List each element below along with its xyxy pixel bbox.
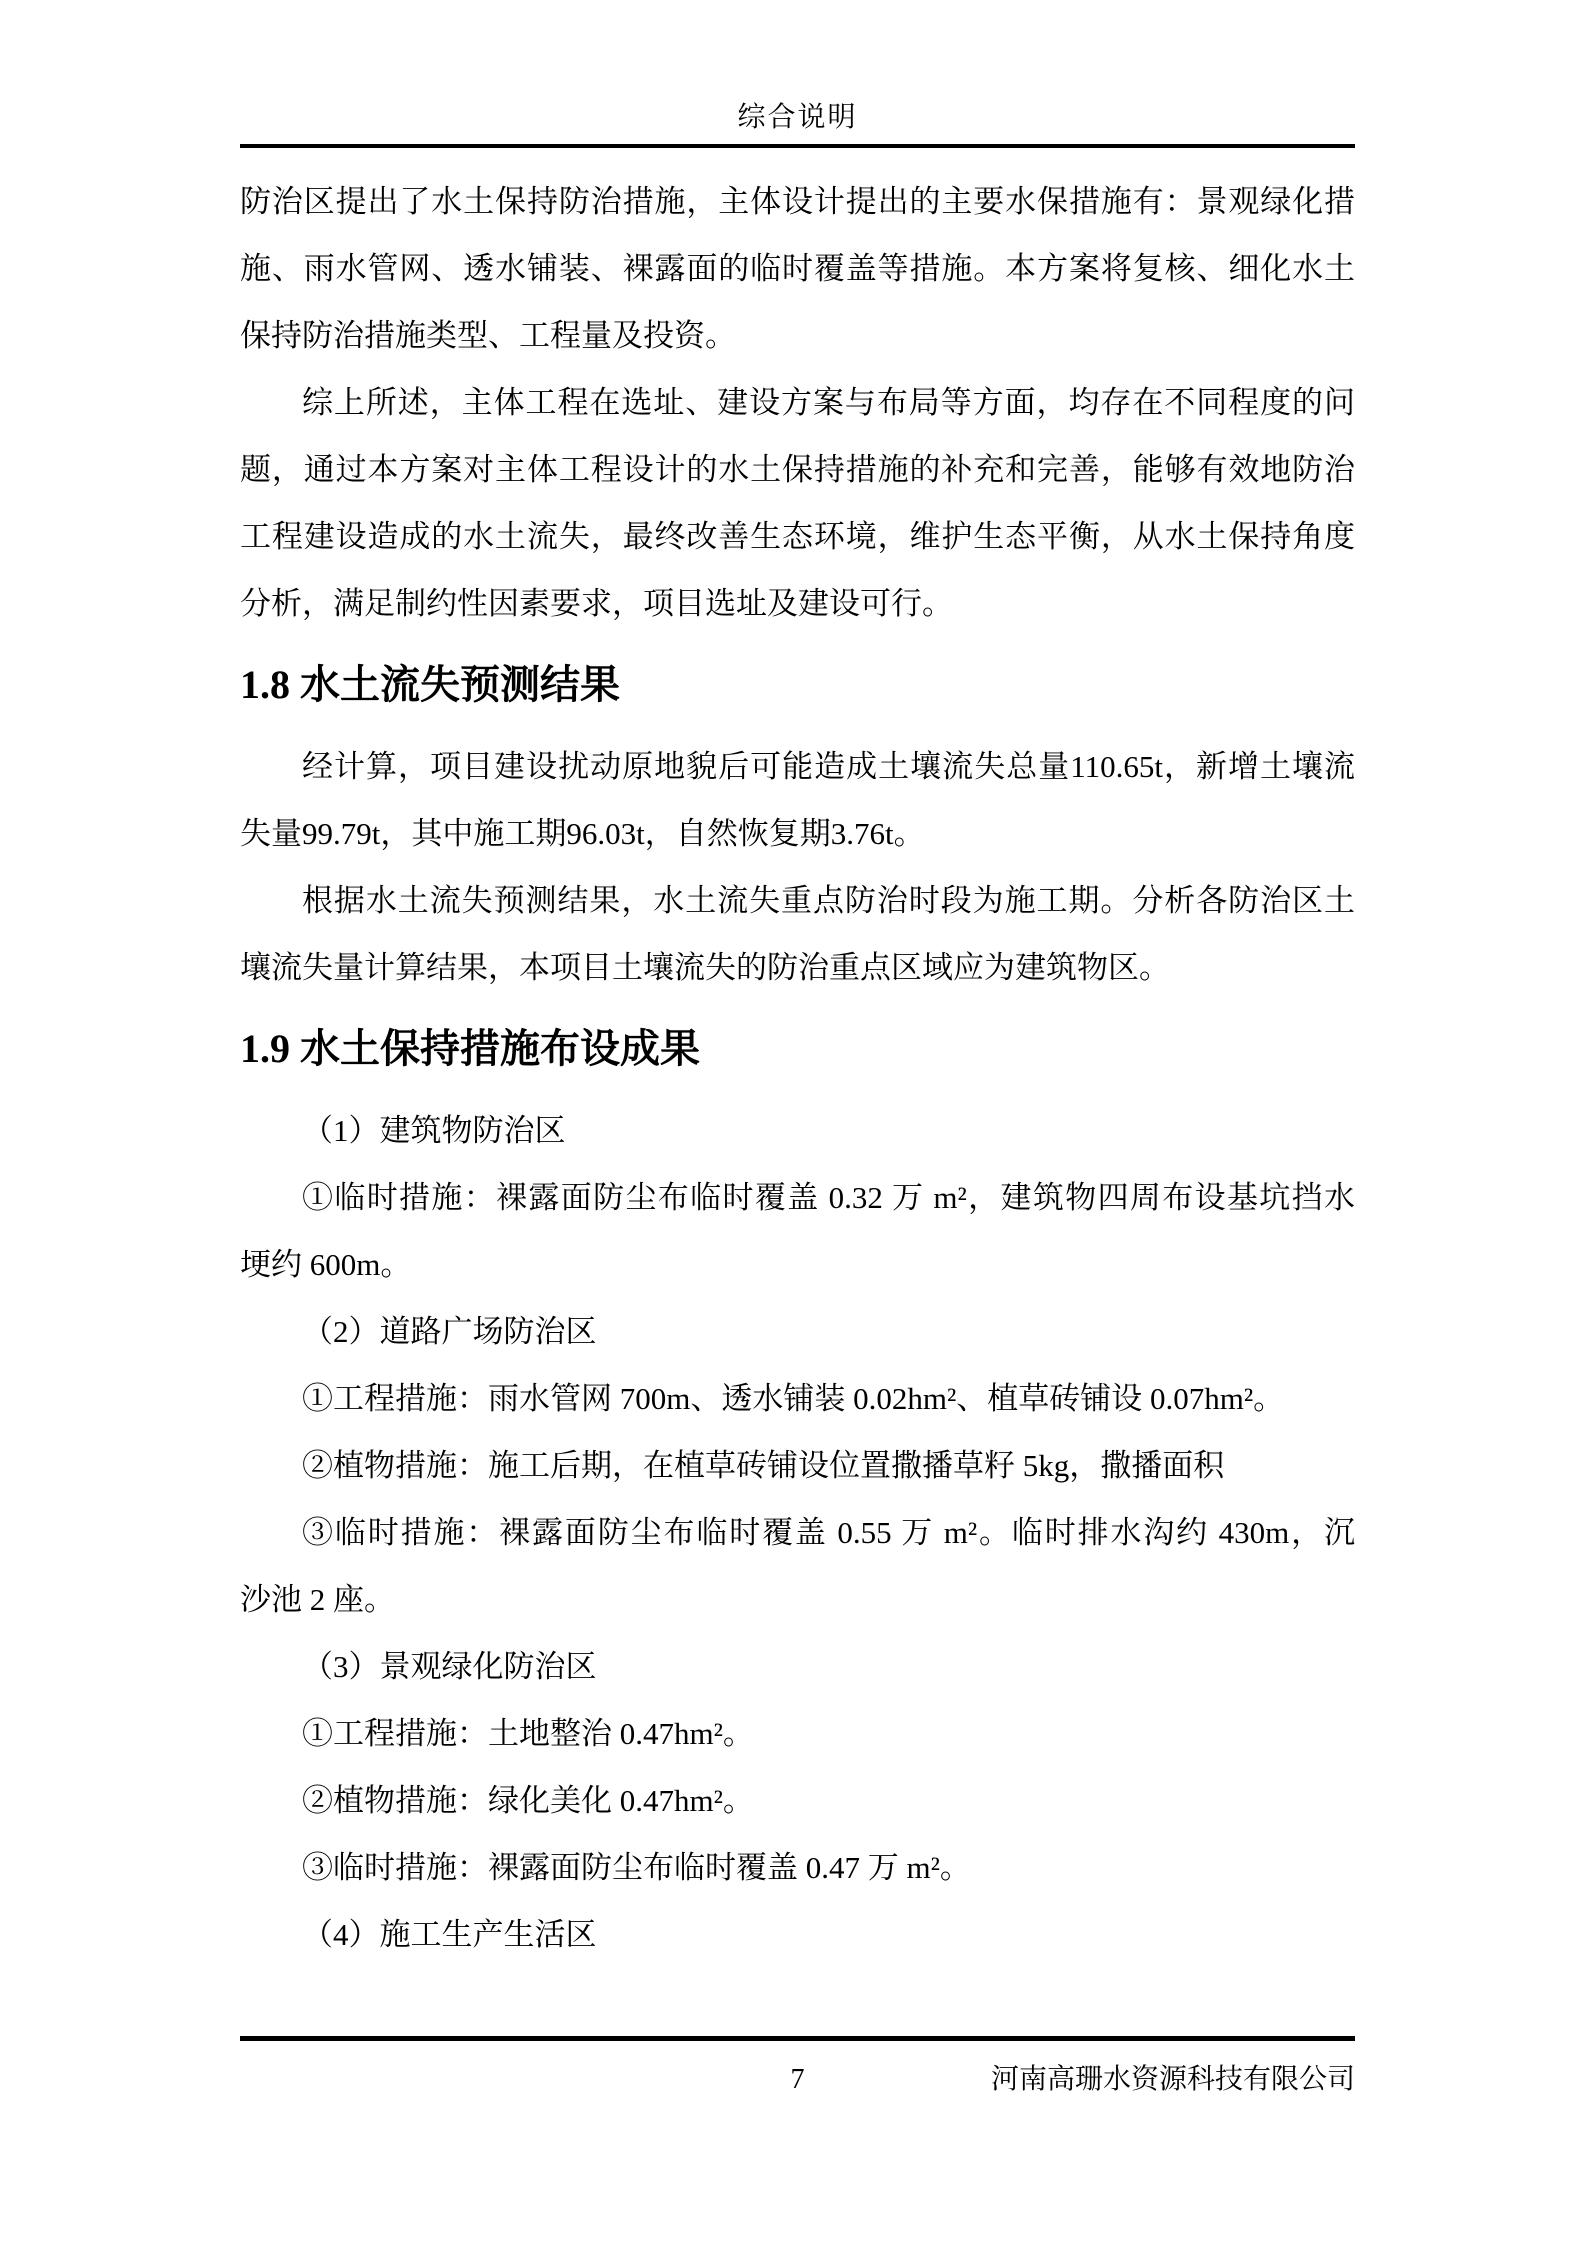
list-item-line: ①临时措施：裸露面防尘布临时覆盖 0.32 万 m²，建筑物四周布设基坑挡水 bbox=[240, 1164, 1355, 1231]
list-item-line: 沙池 2 座。 bbox=[240, 1566, 1355, 1633]
list-item-line: （4）施工生产生活区 bbox=[240, 1901, 1355, 1968]
paragraph-line: 保持防治措施类型、工程量及投资。 bbox=[240, 302, 1355, 369]
list-item-line: （1）建筑物防治区 bbox=[240, 1097, 1355, 1164]
document-page: 综合说明 防治区提出了水土保持防治措施，主体设计提出的主要水保措施有：景观绿化措… bbox=[0, 0, 1587, 2245]
paragraph-line: 壤流失量计算结果，本项目土壤流失的防治重点区域应为建筑物区。 bbox=[240, 934, 1355, 1001]
paragraph-line: 施、雨水管网、透水铺装、裸露面的临时覆盖等措施。本方案将复核、细化水土 bbox=[240, 235, 1355, 302]
paragraph-line: 工程建设造成的水土流失，最终改善生态环境，维护生态平衡，从水土保持角度 bbox=[240, 503, 1355, 570]
paragraph-line: 分析，满足制约性因素要求，项目选址及建设可行。 bbox=[240, 570, 1355, 637]
running-header-title: 综合说明 bbox=[240, 100, 1355, 136]
list-item-line: ①工程措施：土地整治 0.47hm²。 bbox=[240, 1700, 1355, 1767]
paragraph-line: 题，通过本方案对主体工程设计的水土保持措施的补充和完善，能够有效地防治 bbox=[240, 436, 1355, 503]
footer-company-name: 河南高珊水资源科技有限公司 bbox=[991, 2063, 1355, 2097]
paragraph-line: 失量99.79t，其中施工期96.03t，自然恢复期3.76t。 bbox=[240, 800, 1355, 867]
paragraph-line: 防治区提出了水土保持防治措施，主体设计提出的主要水保措施有：景观绿化措 bbox=[240, 168, 1355, 235]
paragraph-line: 经计算，项目建设扰动原地貌后可能造成土壤流失总量110.65t，新增土壤流 bbox=[240, 733, 1355, 800]
list-item-line: ①工程措施：雨水管网 700m、透水铺装 0.02hm²、植草砖铺设 0.07h… bbox=[240, 1365, 1355, 1432]
list-item-line: ②植物措施：施工后期，在植草砖铺设位置撒播草籽 5kg，撒播面积 0.07hm²… bbox=[240, 1432, 1355, 1499]
page-footer: 7 河南高珊水资源科技有限公司 bbox=[240, 2036, 1355, 2097]
page-header: 综合说明 bbox=[240, 100, 1355, 148]
paragraph-line: 根据水土流失预测结果，水土流失重点防治时段为施工期。分析各防治区土 bbox=[240, 867, 1355, 934]
paragraph-line: 综上所述，主体工程在选址、建设方案与布局等方面，均存在不同程度的问 bbox=[240, 369, 1355, 436]
list-item-line: ③临时措施：裸露面防尘布临时覆盖 0.47 万 m²。 bbox=[240, 1834, 1355, 1901]
list-item-line: ③临时措施：裸露面防尘布临时覆盖 0.55 万 m²。临时排水沟约 430m，沉 bbox=[240, 1499, 1355, 1566]
section-heading-1-8: 1.8 水土流失预测结果 bbox=[240, 637, 1355, 733]
document-body: 防治区提出了水土保持防治措施，主体设计提出的主要水保措施有：景观绿化措 施、雨水… bbox=[240, 168, 1355, 1968]
list-item-line: （3）景观绿化防治区 bbox=[240, 1633, 1355, 1700]
list-item-line: ②植物措施：绿化美化 0.47hm²。 bbox=[240, 1767, 1355, 1834]
header-rule bbox=[240, 144, 1355, 148]
list-item-line: （2）道路广场防治区 bbox=[240, 1298, 1355, 1365]
section-heading-1-9: 1.9 水土保持措施布设成果 bbox=[240, 1001, 1355, 1097]
list-item-line: 埂约 600m。 bbox=[240, 1231, 1355, 1298]
